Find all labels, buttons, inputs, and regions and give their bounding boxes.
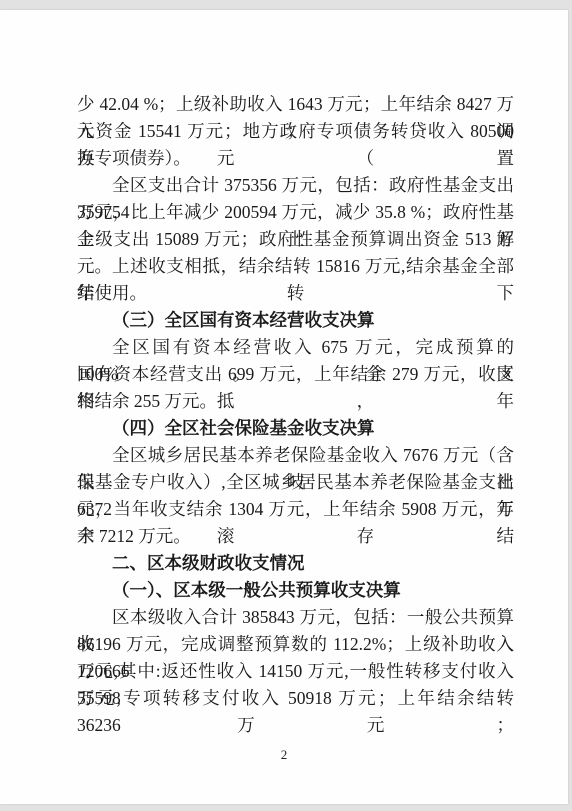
text-line: 上级支出 15089 万元；政府性基金预算调出资金 513 万元。 [77,226,514,253]
text-line: 元，当年收支结余 1304 万元，上年结余 5908 万元，年末滚存结 [77,496,514,523]
text-line: 保基金专户收入）,全区城乡居民基本养老保险基金支出 6372 万 [77,469,514,496]
page-number: 2 [0,747,568,763]
text-line: 区本级收入合计 385843 万元，包括：一般公共预算收入 [77,604,514,631]
section-heading: （四）全区社会保险基金收支决算 [77,415,514,442]
section-heading: （三）全区国有资本经营收支决算 [77,307,514,334]
document-body: 少 42.04 %；上级补助收入 1643 万元；上年结余 8427 万元；调 … [77,91,514,712]
document-page: 少 42.04 %；上级补助收入 1643 万元；上年结余 8427 万元；调 … [0,10,568,804]
section-heading: 二、区本级财政收支情况 [77,550,514,577]
section-heading: （一）、区本级一般公共预算收支决算 [77,577,514,604]
text-line: 86196 万元，完成调整预算数的 112.2%；上级补助收入 120666 [77,631,514,658]
text-line: 入资金 15541 万元；地方政府专项债务转贷收入 80500 万元（置 [77,118,514,145]
text-line: 全区支出合计 375356 万元，包括：政府性基金支出 359754 [77,172,514,199]
text-line: 少 42.04 %；上级补助收入 1643 万元；上年结余 8427 万元；调 [77,91,514,118]
text-line: 上述收支相抵，结余结转 15816 万元,结余基金全部结转下 [77,253,514,280]
text-line: 全区国有资本经营收入 675 万元，完成预算的 100%。全区 [77,334,514,361]
text-line: 全区城乡居民基本养老保险基金收入 7676 万元（含琅岐社 [77,442,514,469]
text-line: 万元，比上年减少 200594 万元，减少 35.8 %；政府性基金上解 [77,199,514,226]
text-line: 万元,专项转移支付收入 50918 万元；上年结余结转 36236 万元； [77,685,514,712]
text-line: 国有资本经营支出 699 万元，上年结余 279 万元，收支相抵，年 [77,361,514,388]
text-line: 万元,其中:返还性收入 14150 万元,一般性转移支付收入 55598 [77,658,514,685]
